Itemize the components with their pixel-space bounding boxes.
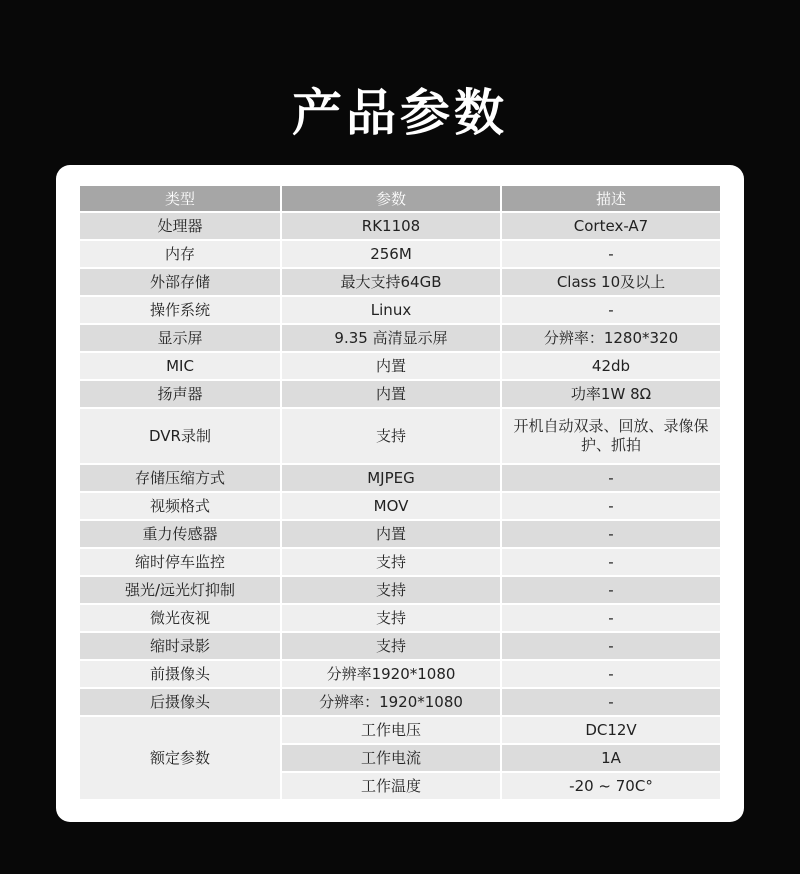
table-row: 显示屏9.35 高清显示屏分辨率：1280*320 (80, 325, 720, 351)
cell-type: 重力传感器 (80, 521, 280, 547)
cell-type: 视频格式 (80, 493, 280, 519)
header-desc: 描述 (502, 186, 720, 211)
cell-type: 缩时停车监控 (80, 549, 280, 575)
spec-card: 类型 参数 描述 处理器RK1108Cortex-A7 内存256M- 外部存储… (56, 165, 744, 822)
cell-type: 前摄像头 (80, 661, 280, 687)
cell-desc: - (502, 493, 720, 519)
cell-type: 内存 (80, 241, 280, 267)
table-header-row: 类型 参数 描述 (80, 186, 720, 211)
table-row: DVR录制支持开机自动双录、回放、录像保护、抓拍 (80, 409, 720, 463)
table-row: 后摄像头分辨率：1920*1080- (80, 689, 720, 715)
cell-param: 工作电流 (282, 745, 500, 771)
cell-param: 内置 (282, 353, 500, 379)
cell-param: 256M (282, 241, 500, 267)
cell-desc: 1A (502, 745, 720, 771)
cell-param: RK1108 (282, 213, 500, 239)
cell-desc: 开机自动双录、回放、录像保护、抓拍 (502, 409, 720, 463)
cell-desc: - (502, 689, 720, 715)
table-row: 内存256M- (80, 241, 720, 267)
cell-type: MIC (80, 353, 280, 379)
cell-desc: - (502, 465, 720, 491)
cell-param: 最大支持64GB (282, 269, 500, 295)
cell-desc: - (502, 661, 720, 687)
cell-desc: - (502, 605, 720, 631)
table-row: 视频格式MOV- (80, 493, 720, 519)
cell-desc: - (502, 241, 720, 267)
cell-type: 缩时录影 (80, 633, 280, 659)
cell-type: 存储压缩方式 (80, 465, 280, 491)
cell-param: 工作电压 (282, 717, 500, 743)
header-type: 类型 (80, 186, 280, 211)
cell-param: MJPEG (282, 465, 500, 491)
cell-param: 支持 (282, 605, 500, 631)
cell-type: 操作系统 (80, 297, 280, 323)
table-row: 缩时停车监控支持- (80, 549, 720, 575)
cell-type: 后摄像头 (80, 689, 280, 715)
cell-param: 9.35 高清显示屏 (282, 325, 500, 351)
cell-type: 外部存储 (80, 269, 280, 295)
cell-param: Linux (282, 297, 500, 323)
header-param: 参数 (282, 186, 500, 211)
cell-param: 支持 (282, 549, 500, 575)
cell-desc: - (502, 577, 720, 603)
table-row: 微光夜视支持- (80, 605, 720, 631)
cell-type: 强光/远光灯抑制 (80, 577, 280, 603)
table-row-rated: 额定参数工作电压DC12V (80, 717, 720, 743)
cell-desc: Cortex-A7 (502, 213, 720, 239)
cell-param: 内置 (282, 521, 500, 547)
cell-param: 工作温度 (282, 773, 500, 799)
table-row: 外部存储最大支持64GBClass 10及以上 (80, 269, 720, 295)
cell-param: 支持 (282, 409, 500, 463)
table-row: 强光/远光灯抑制支持- (80, 577, 720, 603)
cell-desc: Class 10及以上 (502, 269, 720, 295)
cell-rated-label: 额定参数 (80, 717, 280, 799)
cell-type: 扬声器 (80, 381, 280, 407)
cell-type: 显示屏 (80, 325, 280, 351)
cell-type: 微光夜视 (80, 605, 280, 631)
cell-desc: 42db (502, 353, 720, 379)
table-row: 处理器RK1108Cortex-A7 (80, 213, 720, 239)
table-row: 缩时录影支持- (80, 633, 720, 659)
cell-type: 处理器 (80, 213, 280, 239)
cell-desc: -20 ~ 70C° (502, 773, 720, 799)
cell-param: MOV (282, 493, 500, 519)
cell-desc: - (502, 549, 720, 575)
table-row: MIC内置42db (80, 353, 720, 379)
cell-param: 分辨率1920*1080 (282, 661, 500, 687)
cell-desc: DC12V (502, 717, 720, 743)
cell-desc: 分辨率：1280*320 (502, 325, 720, 351)
cell-param: 支持 (282, 633, 500, 659)
table-row: 操作系统Linux- (80, 297, 720, 323)
cell-desc: - (502, 633, 720, 659)
cell-desc: 功率1W 8Ω (502, 381, 720, 407)
cell-param: 分辨率：1920*1080 (282, 689, 500, 715)
table-row: 重力传感器内置- (80, 521, 720, 547)
cell-desc: - (502, 297, 720, 323)
cell-desc: - (502, 521, 720, 547)
page-title: 产品参数 (0, 78, 800, 148)
cell-param: 内置 (282, 381, 500, 407)
table-row: 存储压缩方式MJPEG- (80, 465, 720, 491)
cell-param: 支持 (282, 577, 500, 603)
table-row: 扬声器内置功率1W 8Ω (80, 381, 720, 407)
table-row: 前摄像头分辨率1920*1080- (80, 661, 720, 687)
cell-type: DVR录制 (80, 409, 280, 463)
spec-table: 类型 参数 描述 处理器RK1108Cortex-A7 内存256M- 外部存储… (78, 184, 722, 801)
